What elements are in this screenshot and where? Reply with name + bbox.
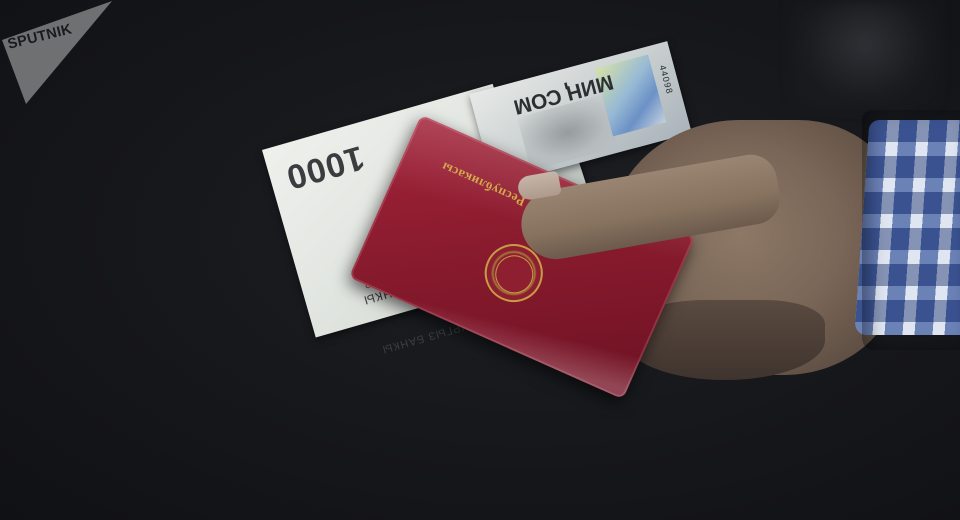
banknote-side-serial: 44098 <box>657 64 674 96</box>
shirt-cuff <box>854 120 960 335</box>
sputnik-logo: SPUTNIK <box>0 0 115 105</box>
photo-scene: SPUTNIK КЫРГЫЗ БАНКЫ 1000 BC0644298 КЫРГ… <box>0 0 960 520</box>
background-blur <box>790 0 940 110</box>
banknote-denomination: 1000 <box>281 137 368 196</box>
logo-triangle-icon <box>0 0 115 105</box>
